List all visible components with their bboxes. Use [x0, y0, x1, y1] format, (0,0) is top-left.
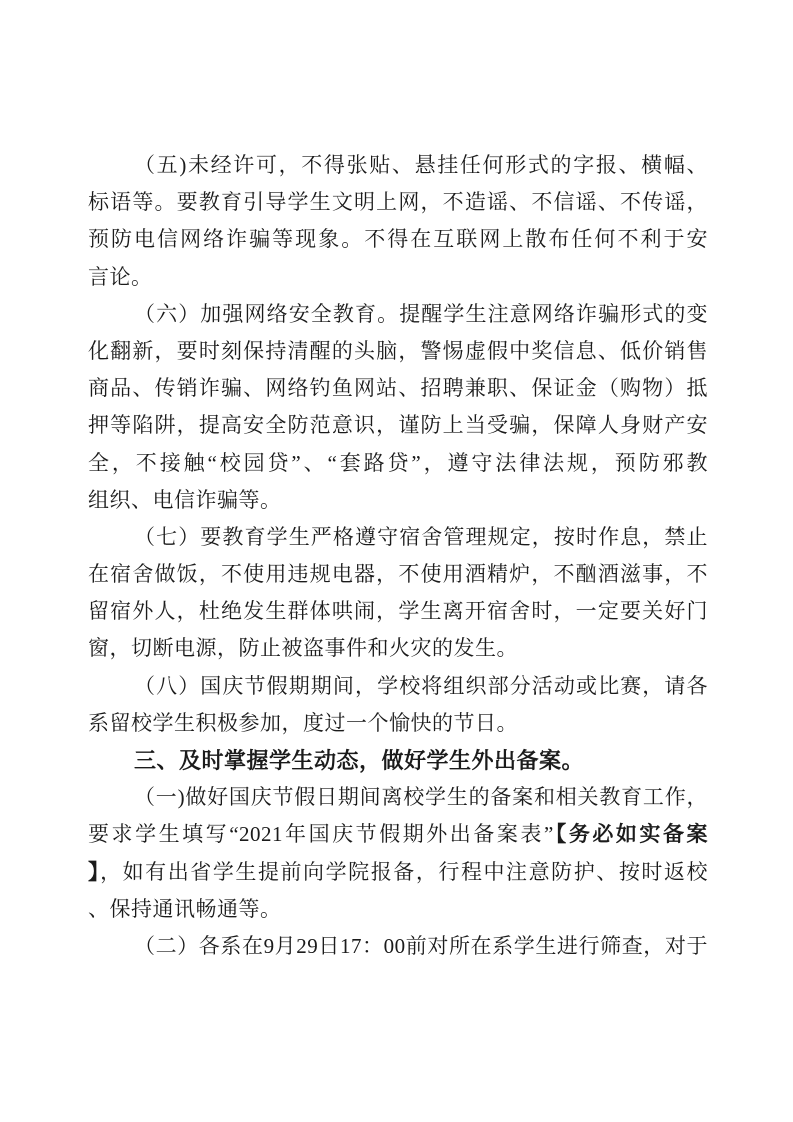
text-line: 系留校学生积极参加，度过一个愉快的节日。: [88, 705, 708, 742]
text-run: 要求学生填写“2021年国庆节假期外出备案表”: [88, 822, 554, 846]
text-run: 全，不接触“校园贷”、“套路贷”，遵守法律法规，预防邪教: [88, 451, 708, 475]
paragraph-item-one: （一)做好国庆节假日期间离校学生的备案和相关教育工作， 要求学生填写“2021年…: [88, 779, 708, 928]
text-run: 在宿舍做饭，不使用违规电器，不使用酒精炉，不酗酒滋事，不: [88, 562, 708, 586]
section-three-heading: 三、及时掌握学生动态，做好学生外出备案。: [88, 742, 708, 779]
text-line: 组织、电信诈骗等。: [88, 482, 708, 519]
text-run: ，如有出省学生提前向学院报备，行程中注意防护、按时返校: [100, 860, 708, 884]
text-line: 预防电信网络诈骗等现象。不得在互联网上散布任何不利于安定、团结的: [88, 221, 708, 258]
paragraph-item-five: （五)未经许可，不得张贴、悬挂任何形式的字报、横幅、 标语等。要教育引导学生文明…: [88, 147, 708, 296]
heading-text-run: 三、及时掌握学生动态，做好学生外出备案。: [134, 748, 584, 773]
text-line: 要求学生填写“2021年国庆节假期外出备案表”【务必如实备案: [88, 816, 708, 853]
document-page: （五)未经许可，不得张贴、悬挂任何形式的字报、横幅、 标语等。要教育引导学生文明…: [0, 0, 793, 1122]
text-line: （一)做好国庆节假日期间离校学生的备案和相关教育工作，: [88, 779, 708, 816]
text-run: （八）国庆节假期期间，学校将组织部分活动或比赛，请各: [134, 674, 708, 698]
text-run: 言论。: [88, 265, 153, 289]
text-run: 系留校学生积极参加，度过一个愉快的节日。: [88, 711, 518, 735]
bold-text-run: 】: [88, 861, 100, 884]
text-run: （六）加强网络安全教育。提醒学生注意网络诈骗形式的变: [134, 302, 708, 326]
heading-line: 三、及时掌握学生动态，做好学生外出备案。: [88, 742, 708, 779]
text-line: （二）各系在9月29日17：00前对所在系学生进行筛查，对于: [88, 928, 708, 965]
text-line: 标语等。要教育引导学生文明上网，不造谣、不信谣、不传谣，: [88, 184, 708, 221]
text-line: 押等陷阱，提高安全防范意识，谨防上当受骗，保障人身财产安: [88, 407, 708, 444]
bold-text-run: 【务必如实备案: [554, 823, 708, 846]
paragraph-item-six: （六）加强网络安全教育。提醒学生注意网络诈骗形式的变 化翻新，要时刻保持清醒的头…: [88, 296, 708, 519]
text-line: （七）要教育学生严格遵守宿舍管理规定，按时作息，禁止: [88, 519, 708, 556]
text-line: 言论。: [88, 259, 708, 296]
text-run: 押等陷阱，提高安全防范意识，谨防上当受骗，保障人身财产安: [88, 413, 708, 437]
text-run: 商品、传销诈骗、网络钓鱼网站、招聘兼职、保证金（购物）抵: [88, 376, 708, 400]
text-run: （一)做好国庆节假日期间离校学生的备案和相关教育工作，: [134, 785, 708, 809]
text-run: （二）各系在9月29日17：00前对所在系学生进行筛查，对于: [134, 934, 708, 958]
text-line: （六）加强网络安全教育。提醒学生注意网络诈骗形式的变: [88, 296, 708, 333]
text-line: 全，不接触“校园贷”、“套路贷”，遵守法律法规，预防邪教: [88, 445, 708, 482]
text-run: （五)未经许可，不得张贴、悬挂任何形式的字报、横幅、: [134, 153, 708, 177]
text-run: 组织、电信诈骗等。: [88, 488, 282, 512]
text-line: 】，如有出省学生提前向学院报备，行程中注意防护、按时返校: [88, 854, 708, 891]
document-content: （五)未经许可，不得张贴、悬挂任何形式的字报、横幅、 标语等。要教育引导学生文明…: [88, 147, 708, 965]
text-run: 、保持通讯畅通等。: [88, 897, 282, 921]
paragraph-item-seven: （七）要教育学生严格遵守宿舍管理规定，按时作息，禁止 在宿舍做饭，不使用违规电器…: [88, 519, 708, 668]
text-run: 预防电信网络诈骗等现象。不得在互联网上散布任何不利于安定、团结的: [88, 227, 708, 258]
text-line: 留宿外人，杜绝发生群体哄闹，学生离开宿舍时，一定要关好门: [88, 593, 708, 630]
text-line: 化翻新，要时刻保持清醒的头脑，警惕虚假中奖信息、低价销售: [88, 333, 708, 370]
text-line: 在宿舍做饭，不使用违规电器，不使用酒精炉，不酗酒滋事，不: [88, 556, 708, 593]
text-line: 窗，切断电源，防止被盗事件和火灾的发生。: [88, 630, 708, 667]
text-run: 化翻新，要时刻保持清醒的头脑，警惕虚假中奖信息、低价销售: [88, 339, 708, 363]
text-run: 留宿外人，杜绝发生群体哄闹，学生离开宿舍时，一定要关好门: [88, 599, 708, 623]
paragraph-item-eight: （八）国庆节假期期间，学校将组织部分活动或比赛，请各 系留校学生积极参加，度过一…: [88, 668, 708, 742]
text-line: （五)未经许可，不得张贴、悬挂任何形式的字报、横幅、: [88, 147, 708, 184]
text-line: 商品、传销诈骗、网络钓鱼网站、招聘兼职、保证金（购物）抵: [88, 370, 708, 407]
text-line: 、保持通讯畅通等。: [88, 891, 708, 928]
text-line: （八）国庆节假期期间，学校将组织部分活动或比赛，请各: [88, 668, 708, 705]
text-run: （七）要教育学生严格遵守宿舍管理规定，按时作息，禁止: [134, 525, 708, 549]
text-run: 标语等。要教育引导学生文明上网，不造谣、不信谣、不传谣，: [88, 190, 708, 214]
text-run: 窗，切断电源，防止被盗事件和火灾的发生。: [88, 636, 518, 660]
paragraph-item-two: （二）各系在9月29日17：00前对所在系学生进行筛查，对于: [88, 928, 708, 965]
